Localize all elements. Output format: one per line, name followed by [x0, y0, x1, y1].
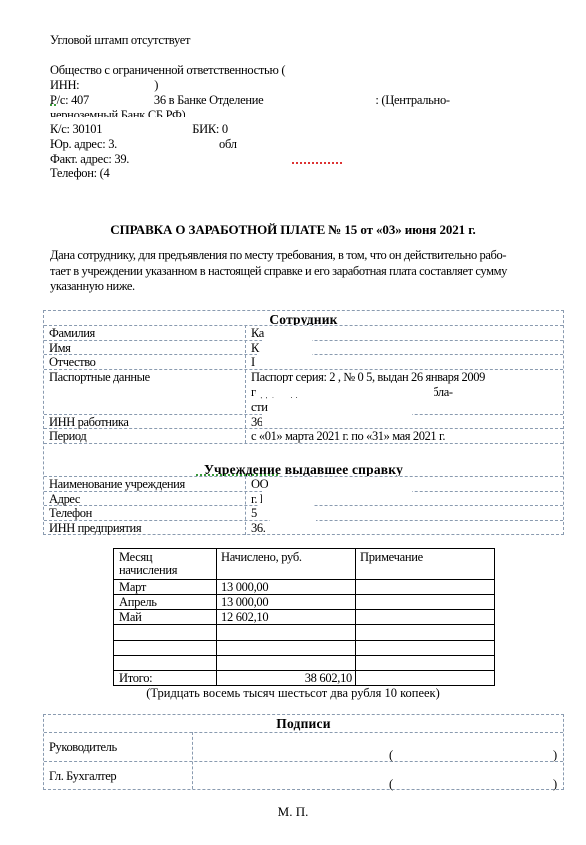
bank-name-line2: черноземный Банк СБ РФ) [50, 108, 185, 117]
redaction [262, 414, 412, 425]
intro-line: указанную ниже. [50, 279, 560, 295]
actual-address: Факт. адрес: 39. [50, 152, 129, 167]
salary-month: Март [119, 581, 146, 594]
header-amount: Начислено, руб. [221, 551, 302, 564]
row-divider [114, 640, 494, 641]
salary-month: Май [119, 611, 141, 624]
org-name: Общество с ограниченной ответственностью… [50, 63, 285, 78]
employee-row-label: Период [49, 429, 86, 443]
corr-account: К/с: 30101БИК: 0 [50, 122, 228, 137]
employee-section-title: Сотрудник [44, 311, 563, 325]
signature-paren-close: ) [553, 777, 557, 791]
employee-row-value: с «01» марта 2021 г. по «31» мая 2021 г. [251, 429, 445, 443]
signature-paren-close: ) [553, 748, 557, 762]
intro-line: Дана сотруднику, для предъявления по мес… [50, 248, 560, 264]
organization-row-value: 36. [251, 521, 265, 535]
organization-row-label: Наименование учреждения [49, 477, 185, 491]
salary-month: Апрель [119, 596, 157, 609]
legal-address-region: обл [219, 137, 237, 151]
employee-row-label: Отчество [49, 355, 96, 369]
header-month: Месяц начисления [119, 551, 177, 577]
corner-stamp-note: Угловой штамп отсутствует [50, 33, 190, 48]
column-divider [216, 549, 217, 685]
employee-row-value: Ка [251, 326, 264, 340]
column-divider [245, 476, 246, 535]
table-divider [44, 732, 563, 733]
salary-amount: 12 602,10 [221, 611, 268, 624]
bik-value: БИК: 0 [192, 122, 228, 136]
bank-account: Р/с: 40736 в Банке Отделение: (Центральн… [50, 93, 450, 108]
intro-line: тает в учреждении указанном в настоящей … [50, 264, 560, 280]
column-divider [355, 549, 356, 685]
salary-table: Месяц начисления Начислено, руб. Примеча… [113, 548, 495, 686]
corr-account-value: К/с: 30101 [50, 122, 102, 136]
organization-row-label: Адрес [49, 492, 80, 506]
org-inn: ИНН: ) [50, 78, 158, 93]
signature-paren-open: ( [389, 748, 393, 762]
redaction [262, 491, 412, 504]
redaction [258, 505, 314, 519]
document-title: СПРАВКА О ЗАРАБОТНОЙ ПЛАТЕ № 15 от «03» … [0, 222, 586, 238]
employee-row-label: Имя [49, 341, 71, 355]
stamp-place: М. П. [0, 804, 586, 820]
employee-row-label: Паспортные данные [49, 370, 150, 384]
redaction [268, 477, 315, 490]
employee-row-value: I [251, 355, 255, 369]
row-divider [114, 624, 494, 625]
salary-amount: 13 000,00 [221, 581, 268, 594]
redaction [262, 340, 312, 354]
redaction [268, 326, 313, 340]
row-divider [114, 670, 494, 671]
employee-row-value: 36 [251, 415, 263, 429]
salary-amount: 13 000,00 [221, 596, 268, 609]
spellcheck-underline [292, 162, 342, 164]
org-phone: Телефон: (4 [50, 166, 109, 181]
organization-section-title: Учреждение выдавшее справку [44, 459, 563, 476]
redaction [256, 383, 434, 397]
row-divider [114, 579, 494, 580]
employee-row-label: ИНН работника [49, 415, 129, 429]
organization-row-label: ИНН предприятия [49, 521, 141, 535]
signature-paren-open: ( [389, 777, 393, 791]
header-month-line: начисления [119, 564, 177, 577]
signatures-table: Подписи Руководитель ( ) Гл. Бухгалтер (… [43, 714, 564, 790]
account-end: : (Центрально- [375, 93, 449, 107]
org-inn-tail: ) [154, 78, 158, 92]
legal-address-value: Юр. адрес: 3. [50, 137, 117, 151]
legal-address: Юр. адрес: 3.обл [50, 137, 237, 152]
intro-paragraph: Дана сотруднику, для предъявления по мес… [50, 248, 560, 295]
total-in-words: (Тридцать восемь тысяч шестьсот два рубл… [0, 686, 586, 701]
redaction [270, 398, 430, 411]
organization-row-label: Телефон [49, 506, 92, 520]
row-divider [114, 594, 494, 595]
organization-row-value: 5 [251, 506, 257, 520]
employee-row-value: К [251, 341, 259, 355]
redaction [270, 520, 316, 534]
grammar-underline [50, 104, 56, 106]
row-divider [114, 609, 494, 610]
signature-role: Гл. Бухгалтер [49, 769, 116, 783]
row-divider [114, 655, 494, 656]
table-divider [44, 443, 563, 444]
signatures-section-title: Подписи [44, 715, 563, 732]
header-note: Примечание [360, 551, 423, 564]
account-mid: 36 в Банке Отделение [154, 93, 263, 107]
column-divider [245, 325, 246, 443]
total-label: Итого: [119, 672, 152, 685]
employee-row-label: Фамилия [49, 326, 95, 340]
column-divider [192, 732, 193, 789]
table-divider [44, 761, 563, 762]
redaction [257, 354, 312, 368]
org-inn-label: ИНН: [50, 78, 82, 92]
signature-role: Руководитель [49, 740, 117, 754]
total-amount: 38 602,10 [216, 672, 352, 685]
